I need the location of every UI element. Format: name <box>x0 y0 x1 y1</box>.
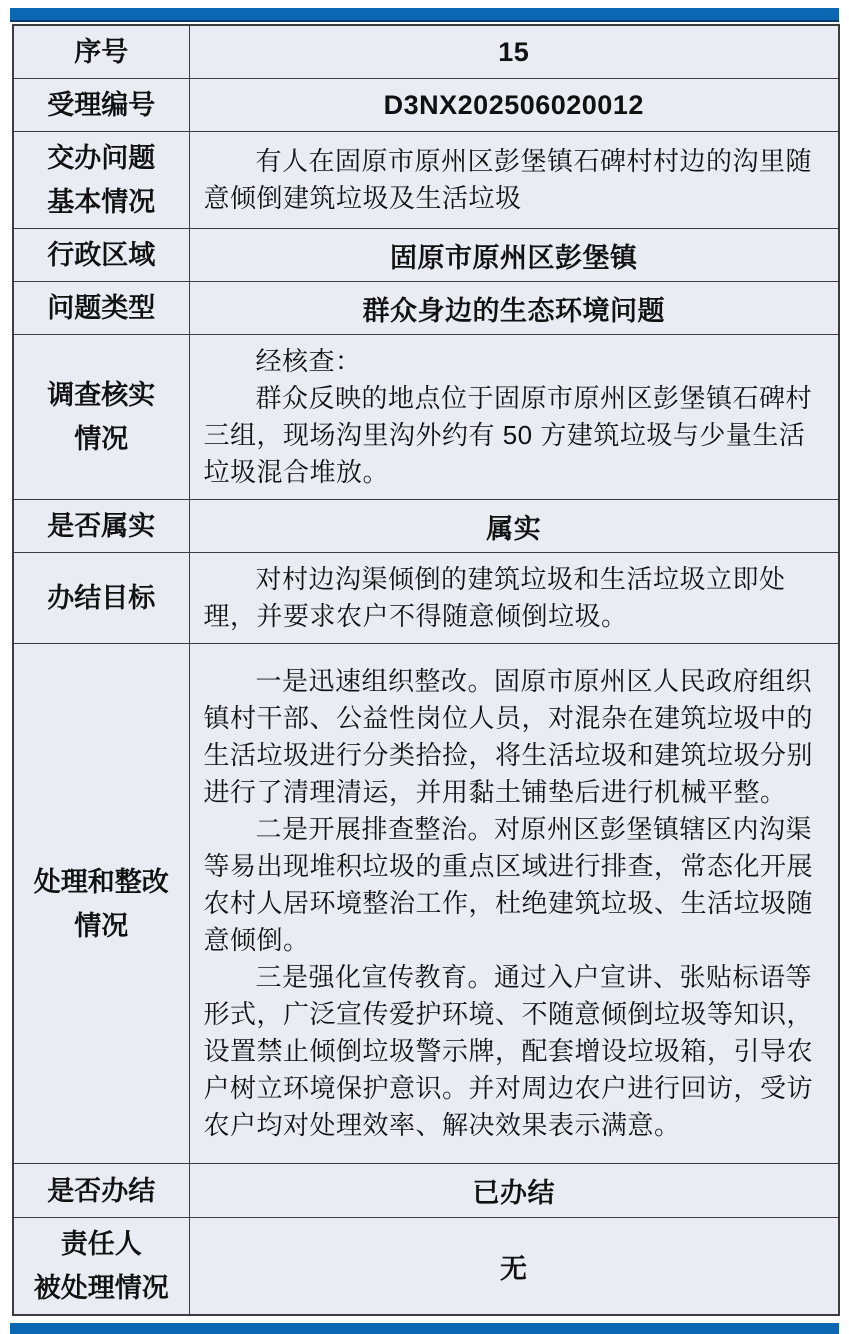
row-value: 对村边沟渠倾倒的建筑垃圾和生活垃圾立即处理，并要求农户不得随意倾倒垃圾。 <box>189 553 839 644</box>
paragraph: 群众反映的地点位于固原市原州区彭堡镇石碑村三组，现场沟里沟外约有 50 方建筑垃… <box>204 380 825 491</box>
paragraph: 三是强化宣传教育。通过入户宣讲、张贴标语等形式，广泛宣传爱护环境、不随意倾倒垃圾… <box>204 959 825 1144</box>
row-value: 15 <box>189 25 839 79</box>
top-accent-bar <box>10 8 839 22</box>
row-value: 无 <box>189 1218 839 1316</box>
table-row-responsible-person: 责任人 被处理情况 无 <box>13 1218 839 1316</box>
row-label: 是否属实 <box>13 500 189 553</box>
row-label: 交办问题 基本情况 <box>13 132 189 229</box>
row-label-text: 处理和整改 <box>20 860 183 904</box>
paragraph: 一是迅速组织整改。固原市原州区人民政府组织镇村干部、公益性岗位人员，对混杂在建筑… <box>204 663 825 811</box>
row-value: 固原市原州区彭堡镇 <box>189 229 839 282</box>
row-label: 办结目标 <box>13 553 189 644</box>
bottom-accent-bar <box>10 1323 839 1334</box>
row-label-text: 序号 <box>20 30 183 74</box>
row-label-text: 基本情况 <box>20 180 183 224</box>
case-report-table: 序号 15 受理编号 D3NX202506020012 交办问题 基本情况 有人… <box>12 24 840 1316</box>
table-row-problem-type: 问题类型 群众身边的生态环境问题 <box>13 282 839 335</box>
row-label-text: 责任人 <box>20 1222 183 1266</box>
paragraph: 对村边沟渠倾倒的建筑垃圾和生活垃圾立即处理，并要求农户不得随意倾倒垃圾。 <box>204 561 825 635</box>
row-value: 已办结 <box>189 1164 839 1218</box>
row-label: 行政区域 <box>13 229 189 282</box>
row-label-text: 是否属实 <box>20 504 183 548</box>
row-label-text: 情况 <box>20 904 183 948</box>
table-row-is-verified: 是否属实 属实 <box>13 500 839 553</box>
table-row-handling-rectification: 处理和整改 情况 一是迅速组织整改。固原市原州区人民政府组织镇村干部、公益性岗位… <box>13 644 839 1164</box>
row-label-text: 受理编号 <box>20 83 183 127</box>
table-row-assigned-problem: 交办问题 基本情况 有人在固原市原州区彭堡镇石碑村村边的沟里随意倾倒建筑垃圾及生… <box>13 132 839 229</box>
row-label-text: 交办问题 <box>20 136 183 180</box>
row-label: 问题类型 <box>13 282 189 335</box>
row-label: 序号 <box>13 25 189 79</box>
row-label: 调查核实 情况 <box>13 335 189 500</box>
row-label-text: 行政区域 <box>20 233 183 277</box>
table-row-acceptance-number: 受理编号 D3NX202506020012 <box>13 79 839 132</box>
row-label-text: 被处理情况 <box>20 1266 183 1310</box>
row-label: 处理和整改 情况 <box>13 644 189 1164</box>
row-label: 是否办结 <box>13 1164 189 1218</box>
row-value: 一是迅速组织整改。固原市原州区人民政府组织镇村干部、公益性岗位人员，对混杂在建筑… <box>189 644 839 1164</box>
row-value: D3NX202506020012 <box>189 79 839 132</box>
table-row-administrative-region: 行政区域 固原市原州区彭堡镇 <box>13 229 839 282</box>
table-row-serial-number: 序号 15 <box>13 25 839 79</box>
row-value: 群众身边的生态环境问题 <box>189 282 839 335</box>
paragraph: 有人在固原市原州区彭堡镇石碑村村边的沟里随意倾倒建筑垃圾及生活垃圾 <box>204 143 825 217</box>
row-label-text: 是否办结 <box>20 1169 183 1213</box>
row-label-text: 情况 <box>20 417 183 461</box>
row-label-text: 办结目标 <box>20 576 183 620</box>
row-label: 责任人 被处理情况 <box>13 1218 189 1316</box>
row-label-text: 调查核实 <box>20 373 183 417</box>
row-label-text: 问题类型 <box>20 286 183 330</box>
table-row-investigation: 调查核实 情况 经核查： 群众反映的地点位于固原市原州区彭堡镇石碑村三组，现场沟… <box>13 335 839 500</box>
report-page: 序号 15 受理编号 D3NX202506020012 交办问题 基本情况 有人… <box>0 0 849 1334</box>
row-value: 经核查： 群众反映的地点位于固原市原州区彭堡镇石碑村三组，现场沟里沟外约有 50… <box>189 335 839 500</box>
table-row-completion-goal: 办结目标 对村边沟渠倾倒的建筑垃圾和生活垃圾立即处理，并要求农户不得随意倾倒垃圾… <box>13 553 839 644</box>
paragraph: 二是开展排查整治。对原州区彭堡镇辖区内沟渠等易出现堆积垃圾的重点区域进行排查，常… <box>204 811 825 959</box>
paragraph: 经核查： <box>204 343 825 380</box>
row-label: 受理编号 <box>13 79 189 132</box>
table-row-is-closed: 是否办结 已办结 <box>13 1164 839 1218</box>
row-value: 有人在固原市原州区彭堡镇石碑村村边的沟里随意倾倒建筑垃圾及生活垃圾 <box>189 132 839 229</box>
row-value: 属实 <box>189 500 839 553</box>
